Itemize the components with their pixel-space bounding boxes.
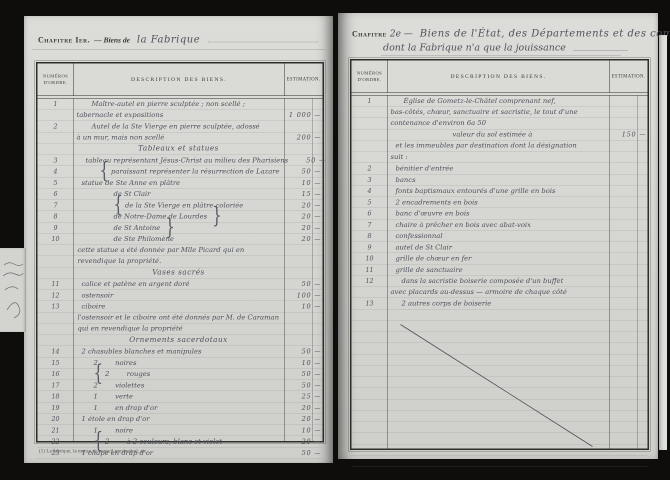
- left-page: Chapitre Ier. — Biens de la Fabrique NUM…: [24, 16, 333, 463]
- row-number: 21: [38, 425, 74, 436]
- table-row: [352, 456, 648, 467]
- row-number: 10: [352, 253, 388, 264]
- row-description: fonts baptismaux entourés d'une grille e…: [388, 186, 609, 197]
- row-number: 18: [38, 391, 74, 402]
- row-description: {2 à 2 couleurs, blanc et violet: [74, 437, 284, 448]
- table-row: 15 2 noires 10 —: [38, 357, 323, 368]
- row-estimation: 20: [284, 437, 313, 448]
- row-number: 16: [38, 369, 74, 380]
- table-row: Vases sacrés: [38, 267, 323, 278]
- table-row: 12 dans la sacristie boiserie composée d…: [352, 276, 648, 287]
- row-estimation: 50: [288, 155, 317, 166]
- table-row: [352, 411, 648, 422]
- row-cents-dash: —: [313, 358, 323, 369]
- row-estimation: 20: [284, 200, 313, 211]
- row-cents-dash: —: [313, 212, 323, 223]
- table-row: Ornements sacerdotaux: [38, 335, 323, 346]
- chapter-title-line2-wrap: dont la Fabrique n'a que la jouissance: [383, 42, 628, 53]
- table-row: 4 {paraissant représenter la résurrectio…: [38, 166, 323, 177]
- row-number: 6: [38, 189, 74, 200]
- row-cents-dash: —: [313, 234, 323, 245]
- left-chapter-heading: Chapitre Ier. — Biens de la Fabrique: [38, 33, 323, 45]
- table-row: [352, 354, 648, 365]
- chapter-title-line1: Biens de l'État, des Départements et des…: [420, 27, 670, 39]
- row-number: 6: [352, 208, 388, 219]
- table-row: [352, 321, 648, 332]
- table-header-row: NUMÉROS D'ORDRE. DESCRIPTION DES BIENS. …: [352, 61, 648, 94]
- row-description: ciboire: [74, 302, 284, 313]
- row-description: [388, 399, 609, 410]
- row-description: [388, 377, 609, 388]
- row-description: 2 noires: [74, 358, 284, 369]
- table-row: [352, 388, 648, 399]
- row-description: bancs: [388, 175, 609, 186]
- row-number: 7: [352, 219, 388, 230]
- table-row: contenance d'environ 6a 50: [352, 118, 648, 129]
- table-row: 10 de Ste Philomène 20 —: [38, 234, 323, 245]
- row-number: 2: [38, 121, 74, 132]
- row-description: autel de St Clair: [388, 242, 609, 253]
- table-row: cette statue a été donnée par Mlle Picar…: [38, 245, 323, 256]
- table-row: 17 2 violettes 50 —: [38, 380, 323, 391]
- table-row: 9 de St Antoine} 20 —: [38, 222, 323, 233]
- row-number: 22: [38, 436, 74, 447]
- table-row: 19 1 en drap d'or 20 —: [38, 402, 323, 413]
- row-description: 2 encadrements en bois: [388, 197, 609, 208]
- row-estimation: 20: [284, 414, 313, 425]
- row-description: calice et patène en argent doré: [74, 279, 284, 290]
- row-description: bas-côtés, chœur, sanctuaire et sacristi…: [388, 107, 609, 118]
- row-cents-dash: —: [313, 189, 323, 200]
- table-row: [352, 343, 648, 354]
- table-row: [352, 433, 648, 444]
- row-estimation: 10: [284, 425, 313, 436]
- table-row: 13 ciboire 10 —: [38, 301, 323, 312]
- row-number: 14: [38, 346, 74, 357]
- row-description: Tableaux et statues: [74, 144, 284, 155]
- row-number: 8: [352, 231, 388, 242]
- chapter-handwritten-title: la Fabrique: [137, 33, 200, 45]
- row-estimation: 50: [284, 167, 313, 178]
- row-description: contenance d'environ 6a 50: [388, 118, 609, 129]
- right-page: Chapitre 2e — Biens de l'État, des Dépar…: [338, 13, 658, 459]
- table-row: 2 Autel de la Ste Vierge en pierre sculp…: [38, 121, 323, 132]
- column-separator: [284, 99, 285, 442]
- row-number: 4: [352, 186, 388, 197]
- row-cents-dash: —: [313, 302, 323, 313]
- table-row: 3 bancs: [352, 174, 648, 185]
- table-row: suit :: [352, 152, 648, 163]
- row-description: l'ostensoir et le ciboire ont été donnés…: [74, 312, 284, 323]
- row-number: 11: [352, 264, 388, 275]
- row-cents-dash: —: [313, 279, 323, 290]
- row-description: confessionnal: [388, 231, 609, 242]
- row-description: 1 en drap d'or: [74, 403, 284, 414]
- row-estimation: 10: [284, 302, 313, 313]
- row-cents-dash: —: [638, 129, 648, 140]
- title-underline-rule: [381, 55, 621, 56]
- row-description: Église de Gometz-le-Châtel comprenant ne…: [388, 96, 609, 107]
- table-row: avec placards au-dessus — armoire de cha…: [352, 287, 648, 298]
- row-description: {2 rouges: [74, 369, 284, 380]
- row-description: Ornements sacerdotaux: [74, 335, 284, 346]
- row-cents-dash: —: [313, 425, 323, 436]
- column-separator: [74, 99, 75, 442]
- open-register-book: Chapitre Ier. — Biens de la Fabrique NUM…: [0, 0, 670, 480]
- table-row: 16 {2 rouges 50 —: [38, 369, 323, 380]
- row-description: [388, 456, 609, 467]
- row-description: ostensoir: [74, 290, 284, 301]
- row-description: 2 autres corps de boiserie: [388, 299, 609, 310]
- column-header-numeros: NUMÉROS D'ORDRE.: [38, 64, 75, 96]
- title-underline: [573, 50, 628, 51]
- row-cents-dash: —: [313, 223, 323, 234]
- chapter-title-line2: dont la Fabrique n'a que la jouissance: [383, 42, 566, 53]
- table-row: 6 de St Clair 15 —: [38, 189, 323, 200]
- row-number: 7: [38, 200, 74, 211]
- table-row: 5 statue de Ste Anne en plâtre 10 —: [38, 177, 323, 188]
- table-row: qui en revendique la propriété: [38, 324, 323, 335]
- row-description: [388, 444, 609, 455]
- row-estimation: 200: [284, 132, 313, 143]
- table-row: valeur du sol estimée à 150 —: [352, 129, 648, 140]
- row-description: 2 violettes: [74, 380, 284, 391]
- table-row: 7 {de la Ste Vierge en plâtre coloriée 2…: [38, 200, 323, 211]
- row-estimation: 50: [284, 347, 313, 358]
- row-description: qui en revendique la propriété: [74, 324, 284, 335]
- row-number: 8: [38, 211, 74, 222]
- row-description: de St Clair: [74, 189, 284, 200]
- column-header-estimation: ESTIMATION.: [610, 61, 648, 93]
- header-divider-rule: [32, 49, 325, 50]
- row-description: et les immeubles par destination dont la…: [388, 141, 609, 152]
- row-cents-dash: —: [313, 200, 323, 211]
- table-row: [352, 366, 648, 377]
- row-number: 5: [38, 177, 74, 188]
- table-row: 1 Maître-autel en pierre sculptée ; non …: [38, 99, 323, 110]
- row-estimation: 50: [284, 279, 313, 290]
- margin-annotation-scribble: [0, 248, 26, 332]
- table-row: [352, 377, 648, 388]
- printed-footnote: (1) La fabrique, la mense, le conseil pr…: [39, 449, 148, 455]
- table-body: 1 Église de Gometz-le-Châtel comprenant …: [352, 96, 648, 449]
- table-row: à un mur, mais non scellé 200 —: [38, 132, 323, 143]
- row-description: 2 chasubles blanches et manipules: [74, 347, 284, 358]
- chapter-label: Chapitre: [352, 30, 387, 39]
- row-cents-dash: —: [313, 414, 323, 425]
- row-description: 1 noire: [74, 425, 284, 436]
- row-number: 20: [38, 414, 74, 425]
- row-estimation: 20: [284, 403, 313, 414]
- row-description: tabernacle et expositions: [74, 110, 284, 121]
- row-number: 11: [38, 279, 74, 290]
- row-description: [388, 366, 609, 377]
- row-description: [388, 354, 609, 365]
- row-description: grille de chœur en fer: [388, 254, 609, 265]
- inventory-table: NUMÉROS D'ORDRE. DESCRIPTION DES BIENS. …: [36, 62, 324, 443]
- margin-tab: [0, 248, 26, 332]
- table-body: 1 Maître-autel en pierre sculptée ; non …: [38, 99, 323, 442]
- row-description: [388, 321, 609, 332]
- table-row: [352, 332, 648, 343]
- column-header-estimation: ESTIMATION.: [285, 64, 323, 96]
- column-header-numeros: NUMÉROS D'ORDRE.: [352, 61, 389, 93]
- table-row: [352, 444, 648, 455]
- row-description: revendique la propriété.: [74, 256, 284, 267]
- row-description: grille de sanctuaire: [388, 265, 609, 276]
- row-description: dans la sacristie boiserie composée d'un…: [388, 276, 609, 287]
- row-estimation: 1 000: [284, 110, 313, 121]
- table-row: l'ostensoir et le ciboire ont été donnés…: [38, 312, 323, 323]
- column-separator: [609, 96, 610, 449]
- table-row: 3 tableau représentant Jésus-Christ au m…: [38, 155, 323, 166]
- row-estimation: 100: [284, 290, 313, 301]
- right-chapter-heading: Chapitre 2e — Biens de l'État, des Dépar…: [352, 27, 648, 39]
- row-estimation: 20: [284, 223, 313, 234]
- row-estimation: 50: [284, 369, 313, 380]
- table-row: 11 grille de sanctuaire: [352, 264, 648, 275]
- table-row: 20 1 étole en drap d'or 20 —: [38, 414, 323, 425]
- chapter-label: Chapitre Ier.: [38, 36, 90, 45]
- row-cents-dash: —: [313, 132, 323, 143]
- row-description: Vases sacrés: [74, 267, 284, 278]
- row-cents-dash: —: [317, 155, 327, 166]
- row-estimation: 10: [284, 358, 313, 369]
- row-description: {paraissant représenter la résurrection …: [74, 167, 284, 178]
- inventory-table: NUMÉROS D'ORDRE. DESCRIPTION DES BIENS. …: [350, 59, 649, 450]
- row-cents-dash: —: [313, 110, 323, 121]
- row-description: de St Antoine}: [74, 223, 284, 234]
- row-cents-dash: —: [313, 167, 323, 178]
- row-cents-dash: —: [313, 290, 323, 301]
- chapter-printed-title: — Biens de: [94, 37, 130, 46]
- table-row: 9 autel de St Clair: [352, 242, 648, 253]
- table-row: et les immeubles par destination dont la…: [352, 141, 648, 152]
- row-number: 9: [352, 242, 388, 253]
- row-description: chaire à prêcher en bois avec abat-voix: [388, 220, 609, 231]
- row-description: à un mur, mais non scellé: [74, 132, 284, 143]
- row-description: bénitier d'entrée: [388, 164, 609, 175]
- row-number: 5: [352, 197, 388, 208]
- row-estimation: 50: [284, 448, 313, 459]
- chapter-number-handwritten: 2e —: [390, 29, 413, 40]
- row-description: 1 étole en drap d'or: [74, 414, 284, 425]
- table-row: 22 {2 à 2 couleurs, blanc et violet 20 —: [38, 436, 323, 447]
- row-description: [388, 309, 609, 320]
- row-number: 2: [352, 163, 388, 174]
- row-number: 13: [38, 301, 74, 312]
- row-description: [388, 388, 609, 399]
- row-cents-dash: —: [313, 403, 323, 414]
- row-number: 15: [38, 357, 74, 368]
- table-row: 14 2 chasubles blanches et manipules 50 …: [38, 346, 323, 357]
- table-row: tabernacle et expositions 1 000 —: [38, 110, 323, 121]
- row-description: [388, 343, 609, 354]
- table-row: revendique la propriété.: [38, 256, 323, 267]
- table-row: 10 grille de chœur en fer: [352, 253, 648, 264]
- row-estimation: 10: [284, 178, 313, 189]
- column-separator: [637, 96, 638, 449]
- row-description: [388, 332, 609, 343]
- row-description: [388, 422, 609, 433]
- table-row: 21 1 noire 10 —: [38, 425, 323, 436]
- column-separator: [312, 99, 313, 442]
- row-description: Maître-autel en pierre sculptée ; non sc…: [74, 99, 284, 110]
- row-estimation: 25: [284, 392, 313, 403]
- column-header-description: DESCRIPTION DES BIENS.: [388, 61, 610, 93]
- row-number: 19: [38, 402, 74, 413]
- table-row: 8 confessionnal: [352, 231, 648, 242]
- row-description: valeur du sol estimée à: [388, 129, 609, 140]
- row-number: 13: [352, 298, 388, 309]
- row-cents-dash: —: [313, 380, 323, 391]
- table-row: 13 2 autres corps de boiserie: [352, 298, 648, 309]
- row-description: 1 verte: [74, 392, 284, 403]
- row-number: 4: [38, 166, 74, 177]
- row-description: [388, 411, 609, 422]
- row-estimation: 15: [284, 189, 313, 200]
- table-row: 11 calice et patène en argent doré 50 —: [38, 279, 323, 290]
- table-row: 12 ostensoir 100 —: [38, 290, 323, 301]
- table-row: 2 bénitier d'entrée: [352, 163, 648, 174]
- table-header-row: NUMÉROS D'ORDRE. DESCRIPTION DES BIENS. …: [38, 64, 323, 97]
- table-row: [352, 422, 648, 433]
- row-number: 3: [38, 155, 74, 166]
- row-estimation: 50: [284, 380, 313, 391]
- table-row: 4 fonts baptismaux entourés d'une grille…: [352, 186, 648, 197]
- row-description: Autel de la Ste Vierge en pierre sculpté…: [74, 122, 284, 133]
- table-row: 18 1 verte 25 —: [38, 391, 323, 402]
- row-description: banc d'œuvre en bois: [388, 209, 609, 220]
- table-row: 5 2 encadrements en bois: [352, 197, 648, 208]
- row-estimation: 20: [284, 234, 313, 245]
- row-cents-dash: —: [313, 448, 323, 459]
- row-number: 3: [352, 174, 388, 185]
- row-cents-dash: —: [313, 392, 323, 403]
- row-description: de Ste Philomène: [74, 234, 284, 245]
- row-cents-dash: —: [313, 369, 323, 380]
- row-estimation: 20: [284, 212, 313, 223]
- row-number: 1: [352, 96, 388, 107]
- row-cents-dash: —: [313, 178, 323, 189]
- table-row: 1 Église de Gometz-le-Châtel comprenant …: [352, 96, 648, 107]
- table-row: 6 banc d'œuvre en bois: [352, 208, 648, 219]
- facing-page-edge: [659, 35, 667, 450]
- row-description: avec placards au-dessus — armoire de cha…: [388, 287, 609, 298]
- table-row: Tableaux et statues: [38, 144, 323, 155]
- column-separator: [388, 96, 389, 449]
- row-number: 1: [38, 99, 74, 110]
- row-number: 12: [352, 276, 388, 287]
- row-number: 12: [38, 290, 74, 301]
- table-row: 7 chaire à prêcher en bois avec abat-voi…: [352, 219, 648, 230]
- row-cents-dash: —: [313, 437, 323, 448]
- row-description: {de la Ste Vierge en plâtre coloriée: [74, 200, 284, 211]
- table-row: [352, 399, 648, 410]
- row-number: 17: [38, 380, 74, 391]
- table-row: 8 de Notre-Dame de Lourdes} 20 —: [38, 211, 323, 222]
- row-description: cette statue a été donnée par Mlle Picar…: [74, 245, 284, 256]
- scanned-register-image: Chapitre Ier. — Biens de la Fabrique NUM…: [0, 0, 670, 480]
- table-row: [352, 309, 648, 320]
- column-header-description: DESCRIPTION DES BIENS.: [74, 64, 285, 96]
- row-estimation: 150: [609, 129, 638, 140]
- row-description: [388, 433, 609, 444]
- dotted-fill-line: [208, 42, 318, 43]
- row-number: 9: [38, 222, 74, 233]
- row-cents-dash: —: [313, 347, 323, 358]
- table-row: bas-côtés, chœur, sanctuaire et sacristi…: [352, 107, 648, 118]
- row-number: 10: [38, 234, 74, 245]
- row-description: de Notre-Dame de Lourdes}: [74, 212, 284, 223]
- row-description: suit :: [388, 152, 609, 163]
